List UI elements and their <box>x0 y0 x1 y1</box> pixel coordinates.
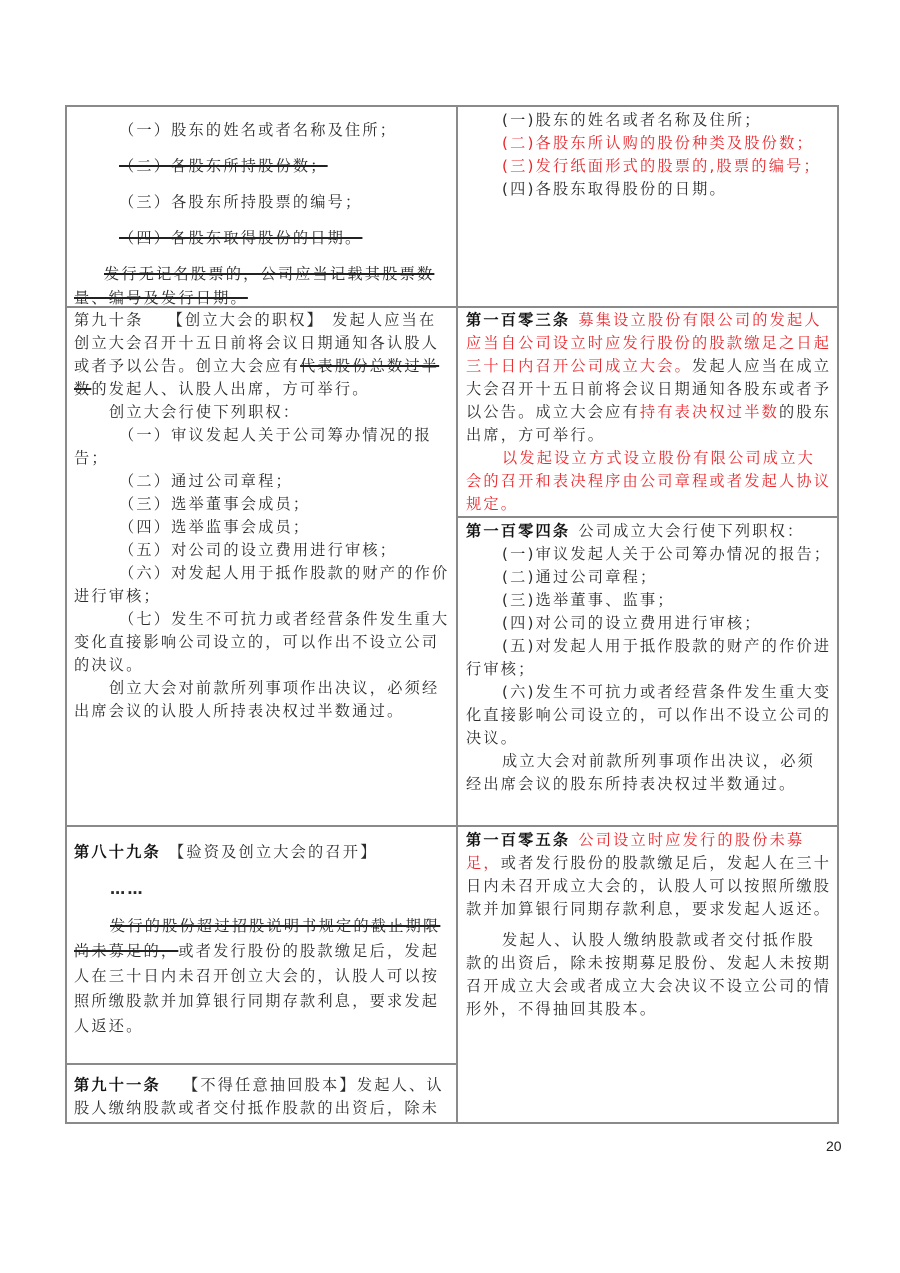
row-divider-left-2 <box>65 825 457 827</box>
table-border-left <box>65 105 67 1124</box>
old-item-1: （一）股东的姓名或者名称及住所； <box>74 118 450 142</box>
article-89-cell: 第八十九条【验资及创立大会的召开】 …… 发行的股份超过招股说明书规定的截止期限… <box>74 840 450 1039</box>
table-border-right <box>837 105 839 1124</box>
article-105-number: 第一百零五条 <box>466 831 570 849</box>
row1-right-cell: (一)股东的姓名或者名称及住所； (二)各股东所认购的股份种类及股份数； (三)… <box>466 109 832 201</box>
article-90-item-7: （七）发生不可抗力或者经营条件发生重大变化直接影响公司设立的，可以作出不设立公司… <box>74 608 450 677</box>
article-104-item-6: (六)发生不可抗力或者经营条件发生重大变化直接影响公司设立的，可以作出不设立公司… <box>466 681 832 750</box>
article-90-powers-lead: 创立大会行使下列职权： <box>74 401 450 424</box>
article-104-item-2: (二)通过公司章程； <box>466 566 832 589</box>
article-91-cell: 第九十一条【不得任意抽回股本】发起人、认股人缴纳股款或者交付抵作股款的出资后，除… <box>74 1074 450 1120</box>
table-border-top <box>65 105 839 107</box>
article-104-closing: 成立大会对前款所列事项作出决议，必须经出席会议的股东所持表决权过半数通过。 <box>466 750 832 796</box>
row1-left-cell: （一）股东的姓名或者名称及住所； （二）各股东所持股份数； （三）各股东所持股票… <box>74 118 450 310</box>
article-89-title: 【验资及创立大会的召开】 <box>169 843 378 861</box>
article-104-number: 第一百零四条 <box>466 522 570 540</box>
article-103-added-text-2: 持有表决权过半数 <box>640 403 779 421</box>
article-91-title: 【不得任意抽回股本】 <box>183 1076 357 1094</box>
article-90-item-6: （六）对发起人用于抵作股款的财产的作价进行审核； <box>74 562 450 608</box>
article-90-item-3: （三）选举董事会成员； <box>74 493 450 516</box>
article-105-text: 或者发行股份的股款缴足后，发起人在三十日内未召开成立大会的，认股人可以按照所缴股… <box>466 854 831 918</box>
article-90-number: 第九十条 <box>74 311 144 329</box>
old-bearer-share-clause-deleted: 发行无记名股票的，公司应当记载其股票数量、编号及发行日期。 <box>74 265 434 307</box>
table-border-bottom <box>65 1122 839 1124</box>
row-divider-left-3 <box>65 1063 457 1065</box>
article-104-lead: 公司成立大会行使下列职权： <box>578 522 804 540</box>
article-89-number: 第八十九条 <box>74 843 161 861</box>
article-104-item-5: (五)对发起人用于抵作股款的财产的作价进行审核； <box>466 635 832 681</box>
row-divider-right-2 <box>456 516 839 518</box>
article-90-intro-b: 的发起人、认股人出席，方可举行。 <box>91 380 369 398</box>
old-item-3: （三）各股东所持股票的编号； <box>74 190 450 214</box>
new-item-1: (一)股东的姓名或者名称及住所； <box>466 109 832 132</box>
article-90-title: 【创立大会的职权】 <box>168 311 325 329</box>
row-divider-right-1 <box>456 306 839 308</box>
article-104-cell: 第一百零四条公司成立大会行使下列职权： (一)审议发起人关于公司筹办情况的报告；… <box>466 520 832 796</box>
article-105-paragraph-2: 发起人、认股人缴纳股款或者交付抵作股款的出资后，除未按期募足股份、发起人未按期召… <box>466 929 832 1021</box>
article-90-item-4: （四）选举监事会成员； <box>74 516 450 539</box>
article-90-item-2: （二）通过公司章程； <box>74 470 450 493</box>
article-104-item-4: (四)对公司的设立费用进行审核； <box>466 612 832 635</box>
article-90-cell: 第九十条【创立大会的职权】发起人应当在创立大会召开十五日前将会议日期通知各认股人… <box>74 309 450 723</box>
article-104-item-1: (一)审议发起人关于公司筹办情况的报告； <box>466 543 832 566</box>
article-103-number: 第一百零三条 <box>466 311 570 329</box>
old-item-4-deleted: （四）各股东取得股份的日期。 <box>119 229 362 247</box>
article-105-cell: 第一百零五条公司设立时应发行的股份未募足，或者发行股份的股款缴足后，发起人在三十… <box>466 829 832 1021</box>
article-103-cell: 第一百零三条募集设立股份有限公司的发起人应当自公司设立时应发行股份的股款缴足之日… <box>466 309 832 516</box>
old-item-2-deleted: （二）各股东所持股份数； <box>119 157 328 175</box>
article-103-added-paragraph: 以发起设立方式设立股份有限公司成立大会的召开和表决程序由公司章程或者发起人协议规… <box>466 447 832 516</box>
article-90-closing: 创立大会对前款所列事项作出决议，必须经出席会议的认股人所持表决权过半数通过。 <box>74 677 450 723</box>
row-divider-right-3 <box>456 825 839 827</box>
article-91-number: 第九十一条 <box>74 1076 161 1094</box>
article-90-item-1: （一）审议发起人关于公司筹办情况的报告； <box>74 424 450 470</box>
article-104-item-3: (三)选举董事、监事； <box>466 589 832 612</box>
new-item-2-added: (二)各股东所认购的股份种类及股份数； <box>466 132 832 155</box>
page-number: 20 <box>826 1138 842 1154</box>
article-90-item-5: （五）对公司的设立费用进行审核； <box>74 539 450 562</box>
new-item-3-added: (三)发行纸面形式的股票的,股票的编号； <box>466 155 832 178</box>
table-column-divider <box>456 105 458 1124</box>
article-89-ellipsis: …… <box>74 877 450 902</box>
document-page: （一）股东的姓名或者名称及住所； （二）各股东所持股份数； （三）各股东所持股票… <box>0 0 900 1273</box>
new-item-4: (四)各股东取得股份的日期。 <box>466 178 832 201</box>
